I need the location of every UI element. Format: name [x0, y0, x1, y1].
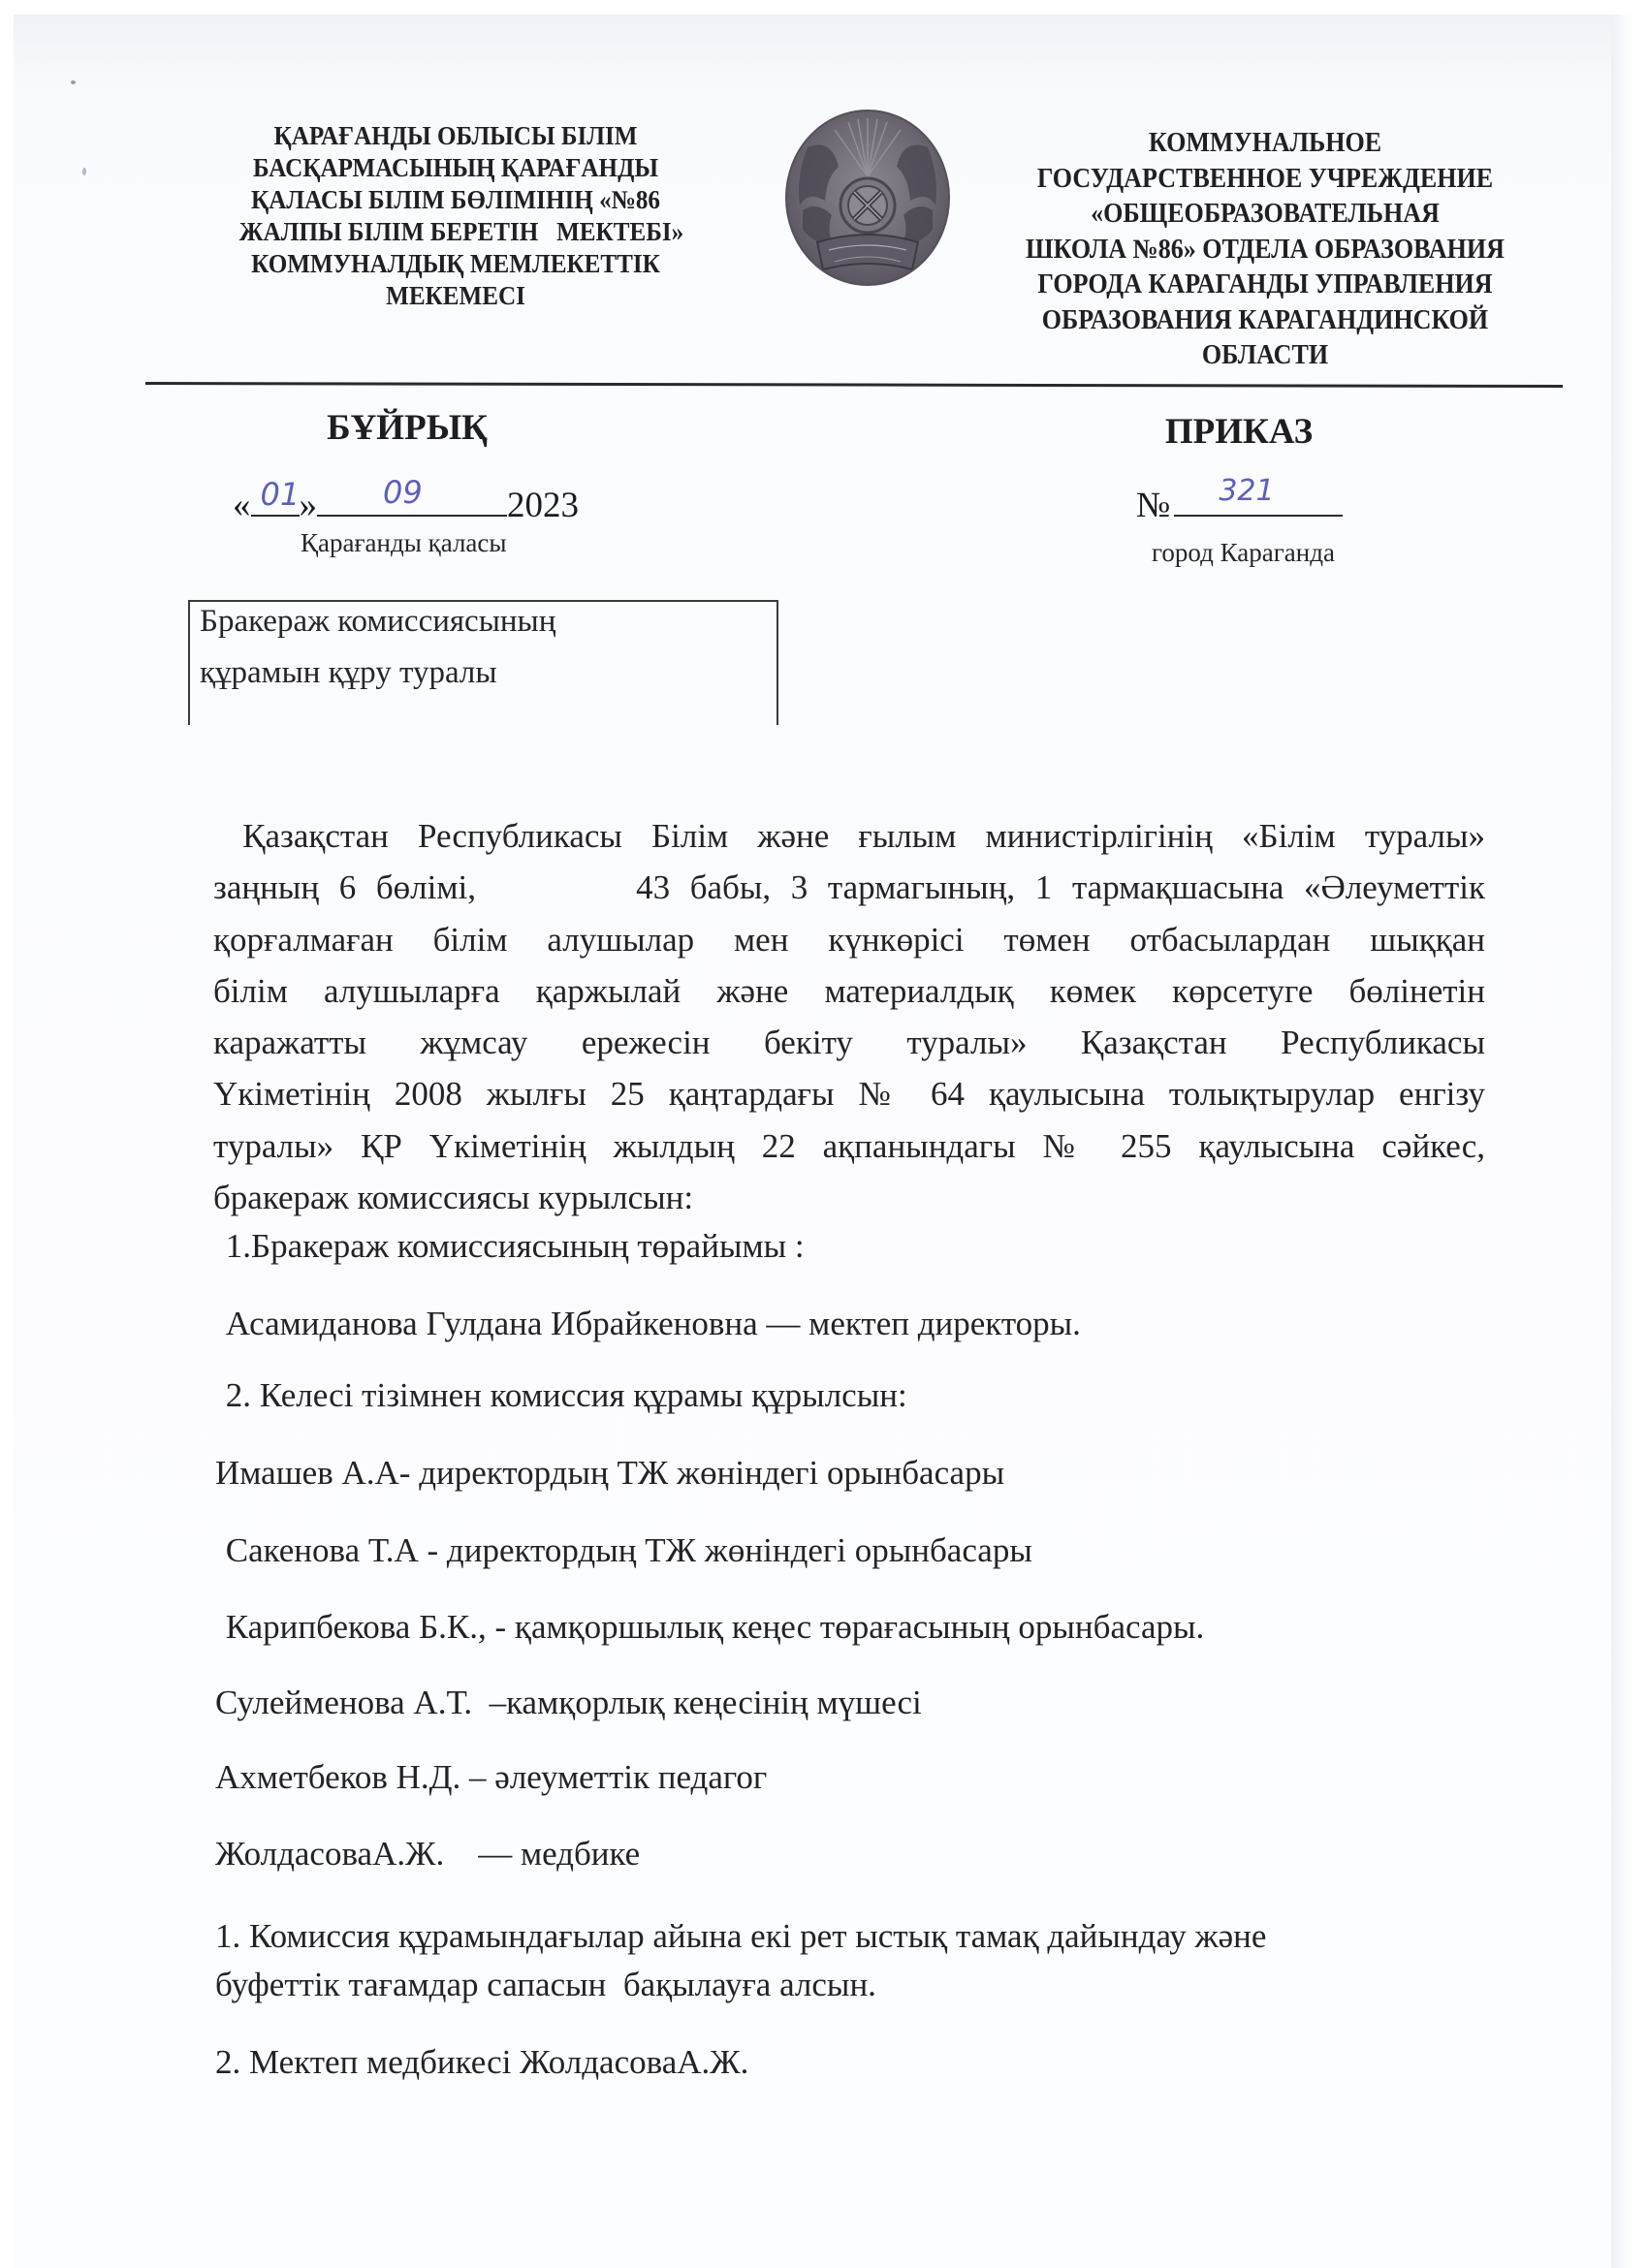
date-day-field: 01	[251, 488, 300, 517]
org-name-ru-line: ОБЛАСТИ	[1003, 338, 1526, 374]
org-name-ru-line: КОММУНАЛЬНОЕ	[1003, 126, 1526, 162]
directive-2: 2. Мектеп медбикесі ЖолдасоваА.Ж.	[215, 2043, 748, 2082]
order-number: №321	[1136, 485, 1343, 526]
preamble-line: бракераж комиссиясы курылсын:	[213, 1172, 1485, 1223]
member-item: ЖолдасоваА.Ж. — медбике	[215, 1835, 640, 1874]
members-heading: 2. Келесі тізімнен комиссия құрамы құрыл…	[217, 1376, 907, 1415]
preamble-paragraph: Қазақстан Республикасы Білім және ғылым …	[213, 810, 1485, 1223]
preamble-line: заңның 6 бөлімі, 43 бабы, 3 тармагының, …	[213, 862, 1485, 913]
org-name-kz: ҚАРАҒАНДЫ ОБЛЫСЫ БІЛІМ БАСҚАРМАСЫНЫҢ ҚАР…	[239, 120, 672, 312]
date-open-quote: «	[233, 486, 251, 525]
scan-speck	[82, 168, 86, 175]
preamble-line: Үкіметінің 2008 жылғы 25 қаңтардағы № 64…	[213, 1068, 1485, 1119]
org-name-kz-line: ЖАЛПЫ БІЛІМ БЕРЕТІН МЕКТЕБІ»	[239, 216, 672, 248]
date-year: 2023	[507, 486, 579, 525]
member-item: Ахметбеков Н.Д. – әлеуметтік педагог	[215, 1758, 767, 1797]
preamble-line: білім алушыларға қаржылай және материалд…	[213, 965, 1485, 1017]
org-name-kz-line: КОММУНАЛДЫҚ МЕМЛЕКЕТТІК	[239, 248, 672, 280]
directive-1-cont: буфеттік тағамдар сапасын бақылауға алсы…	[215, 1966, 876, 2004]
number-label: №	[1136, 486, 1170, 525]
org-name-kz-line: МЕКЕМЕСІ	[239, 280, 672, 312]
date-close-quote: »	[300, 486, 318, 525]
number-handwritten: 321	[1219, 474, 1274, 508]
preamble-line: туралы» ҚР Үкіметінің жылдың 22 ақпанынд…	[213, 1120, 1485, 1172]
subject-line: Бракераж комиссиясының	[200, 604, 555, 640]
preamble-line: каражатты жұмсау ережесін бекіту туралы»…	[213, 1017, 1485, 1068]
date-month-field: 09	[317, 488, 507, 517]
org-name-ru-line: ШКОЛА №86» ОТДЕЛА ОБРАЗОВАНИЯ	[1003, 233, 1526, 268]
org-name-ru-line: «ОБЩЕОБРАЗОВАТЕЛЬНАЯ	[1003, 197, 1526, 233]
subject-box: Бракераж комиссиясының құрамын құру тура…	[188, 600, 778, 725]
member-item: Имашев А.А- директордың ТЖ жөніндегі оры…	[215, 1454, 1004, 1493]
org-name-kz-line: ҚАЛАСЫ БІЛІМ БӨЛІМІНІҢ «№86	[239, 184, 672, 216]
city-ru: город Караганда	[1152, 538, 1335, 568]
org-name-ru-line: ОБРАЗОВАНИЯ КАРАГАНДИНСКОЙ	[1003, 303, 1526, 339]
org-name-kz-line: ҚАРАҒАНДЫ ОБЛЫСЫ БІЛІМ	[239, 120, 672, 152]
order-title-kz: БҰЙРЫҚ	[320, 407, 494, 449]
preamble-line: қорғалмаған білім алушылар мен күнкөрісі…	[213, 914, 1485, 965]
chair-heading: 1.Бракераж комиссиясының төрайымы :	[217, 1227, 805, 1266]
preamble-line: Қазақстан Республикасы Білім және ғылым …	[213, 810, 1485, 862]
scan-speck	[71, 80, 76, 84]
member-item: Сакенова Т.А - директордың ТЖ жөніндегі …	[217, 1531, 1032, 1570]
date-month-handwritten: 09	[383, 474, 423, 511]
directive-1: 1. Комиссия құрамындағылар айына екі рет…	[215, 1917, 1266, 1956]
org-name-ru-line: ГОСУДАРСТВЕННОЕ УЧРЕЖДЕНИЕ	[1003, 162, 1526, 198]
date-day-handwritten: 01	[261, 476, 301, 513]
org-name-ru-line: ГОРОДА КАРАГАНДЫ УПРАВЛЕНИЯ	[1003, 268, 1526, 303]
subject-line: құрамын құру туралы	[200, 655, 497, 691]
order-title-ru: ПРИКАЗ	[1152, 411, 1326, 453]
order-date: «01»092023	[233, 485, 579, 529]
member-item: Карипбекова Б.К., - қамқоршылық кеңес тө…	[217, 1608, 1204, 1647]
state-emblem-icon	[778, 109, 957, 287]
chair-member: Асамиданова Гулдана Ибрайкеновна — мекте…	[217, 1305, 1081, 1343]
org-name-ru: КОММУНАЛЬНОЕ ГОСУДАРСТВЕННОЕ УЧРЕЖДЕНИЕ …	[1003, 126, 1526, 374]
org-name-kz-line: БАСҚАРМАСЫНЫҢ ҚАРАҒАНДЫ	[239, 152, 672, 184]
scan-edge-shadow	[1611, 15, 1632, 2268]
number-field: 321	[1174, 488, 1343, 517]
member-item: Сулейменова А.Т. –камқорлық кеңесінің мү…	[215, 1684, 922, 1722]
city-kz: Қарағанды қаласы	[301, 528, 507, 558]
